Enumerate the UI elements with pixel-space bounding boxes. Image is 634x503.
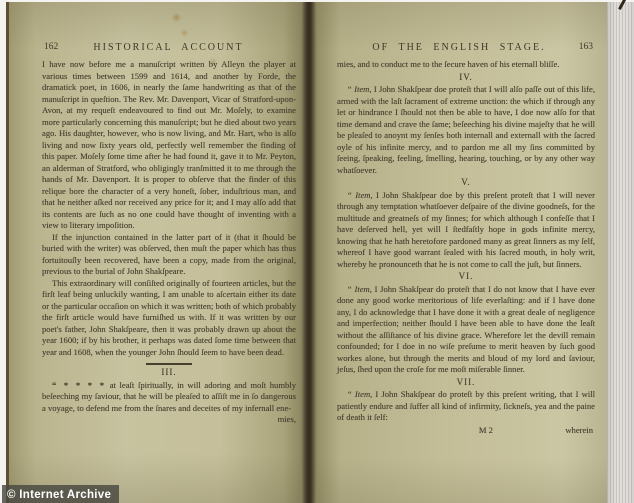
right-text-column: mies, and to conduct me to the ſecure ha…	[337, 59, 595, 503]
section-body: I John Shakſpear doe proteſt that I will…	[337, 84, 595, 175]
section-paragraph: “ Item, I John Shakſpear doe by this pre…	[337, 190, 595, 271]
left-running-head-title: HISTORICAL ACCOUNT	[42, 42, 295, 53]
scan-frame-top	[0, 0, 634, 2]
section-heading: IV.	[337, 72, 595, 84]
right-page: OF THE ENGLISH STAGE. 163 mies, and to c…	[317, 0, 607, 503]
catchword: mies,	[42, 414, 296, 426]
section-rule	[146, 363, 192, 365]
continuation-paragraph: mies, and to conduct me to the ſecure ha…	[337, 59, 595, 71]
left-running-head: 162 HISTORICAL ACCOUNT	[9, 42, 301, 55]
section-paragraph: “ Item, I John Shakſpear do proteſt that…	[337, 284, 595, 376]
page-edges	[607, 0, 634, 503]
paragraph: If the injunction contained in the latte…	[42, 232, 296, 278]
paragraph: I have now before me a manuſcript writte…	[42, 59, 296, 232]
book-scan-viewer: 162 HISTORICAL ACCOUNT I have now before…	[0, 0, 634, 503]
foxing-stain	[171, 13, 182, 22]
foxing-stain	[180, 29, 189, 37]
section-body: I John Shakſpear doe by this preſent pro…	[337, 190, 595, 269]
right-page-number: 163	[579, 42, 593, 52]
section-paragraph: “ Item, I John Shakſpear do proteſt by t…	[337, 389, 595, 424]
section-heading: VI.	[337, 271, 595, 283]
section-lead: “ Item,	[347, 284, 372, 294]
signature-mark: M 2	[479, 425, 493, 437]
section-lead: “ Item,	[347, 84, 372, 94]
section-heading: III.	[42, 367, 296, 379]
left-text-column: I have now before me a manuſcript writte…	[42, 59, 296, 503]
right-running-head-title: OF THE ENGLISH STAGE.	[337, 42, 581, 53]
section-lead: “ * * * *	[52, 380, 106, 390]
section-paragraph: “ * * * * at leaſt ſpiritually, in will …	[42, 380, 296, 415]
section-paragraph: “ Item, I John Shakſpear doe proteſt tha…	[337, 84, 595, 176]
section-body: I John Shakſpear do proteſt by this preſ…	[337, 389, 595, 422]
internet-archive-watermark: © Internet Archive	[2, 485, 119, 503]
paragraph: This extraordinary will conſiſted origin…	[42, 278, 296, 359]
section-body: I John Shakſpear do proteſt that I do no…	[337, 284, 595, 375]
spine-edge-line	[6, 0, 9, 503]
section-lead: “ Item,	[347, 389, 372, 399]
left-page: 162 HISTORICAL ACCOUNT I have now before…	[9, 0, 301, 503]
signature-line: M 2 wherein	[337, 425, 595, 437]
book-gutter	[301, 0, 317, 503]
section-lead: “ Item,	[347, 190, 373, 200]
section-heading: V.	[337, 177, 595, 189]
right-running-head: OF THE ENGLISH STAGE. 163	[317, 42, 607, 55]
catchword: wherein	[565, 425, 593, 437]
watermark-label: © Internet Archive	[7, 489, 111, 501]
section-heading: VII.	[337, 377, 595, 389]
